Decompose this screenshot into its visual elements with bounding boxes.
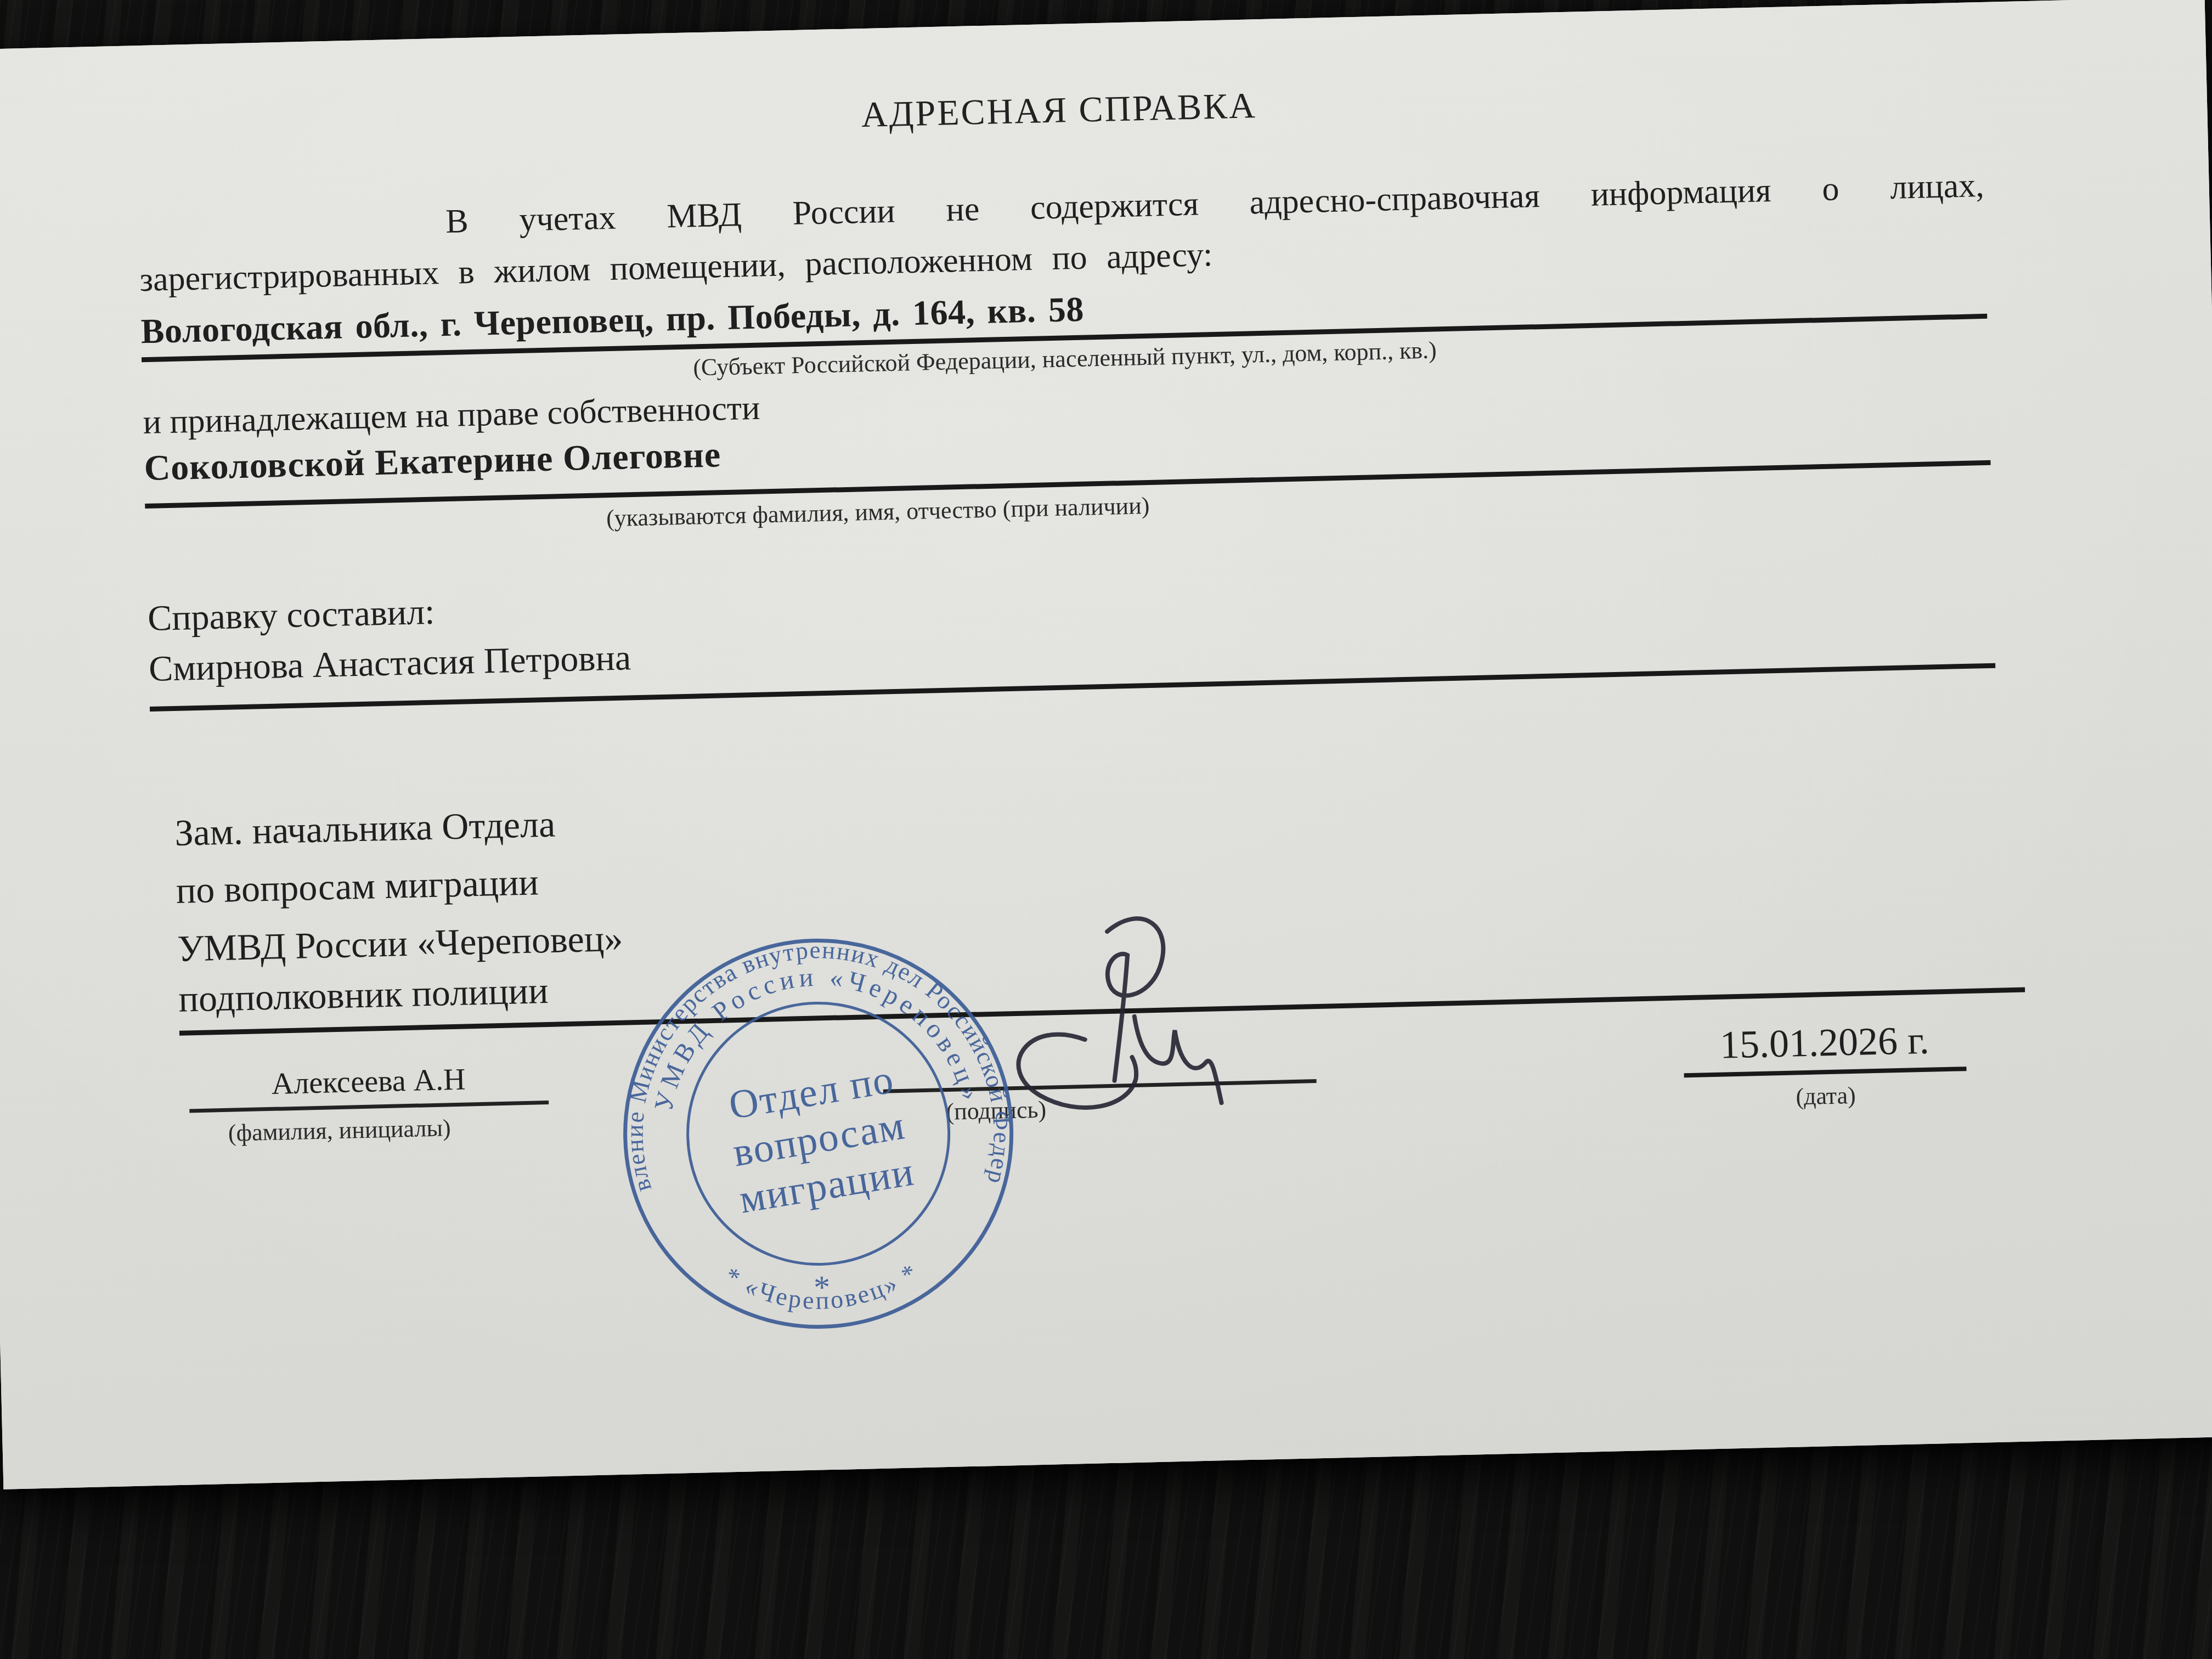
- photo-of-document: { "colors": { "paper": "#dfdfdb", "backg…: [0, 0, 2212, 1659]
- paper-sheet: АДРЕСНАЯ СПРАВКА В учетах МВД России не …: [0, 0, 2212, 1489]
- signatory-hint: (фамилия, инициалы): [160, 1112, 520, 1148]
- date-hint: (дата): [1684, 1079, 1967, 1113]
- stamp-center-text: Отдел по вопросам миграции: [721, 1056, 917, 1222]
- date-block: 15.01.2026 г. (дата): [1683, 1017, 1967, 1113]
- signature-stroke: [1106, 918, 1166, 1081]
- signature-stroke: [1135, 1014, 1222, 1105]
- official-line-4: подполковник полиции: [178, 969, 549, 1020]
- signatory-name-line: Алексеева А.Н: [189, 1060, 549, 1113]
- date-value: 15.01.2026 г.: [1683, 1017, 1966, 1077]
- handwritten-signature: [917, 895, 1285, 1144]
- page-title: АДРЕСНАЯ СПРАВКА: [136, 68, 1982, 153]
- stamp-inner-bottom-asterisk: *: [813, 1269, 831, 1306]
